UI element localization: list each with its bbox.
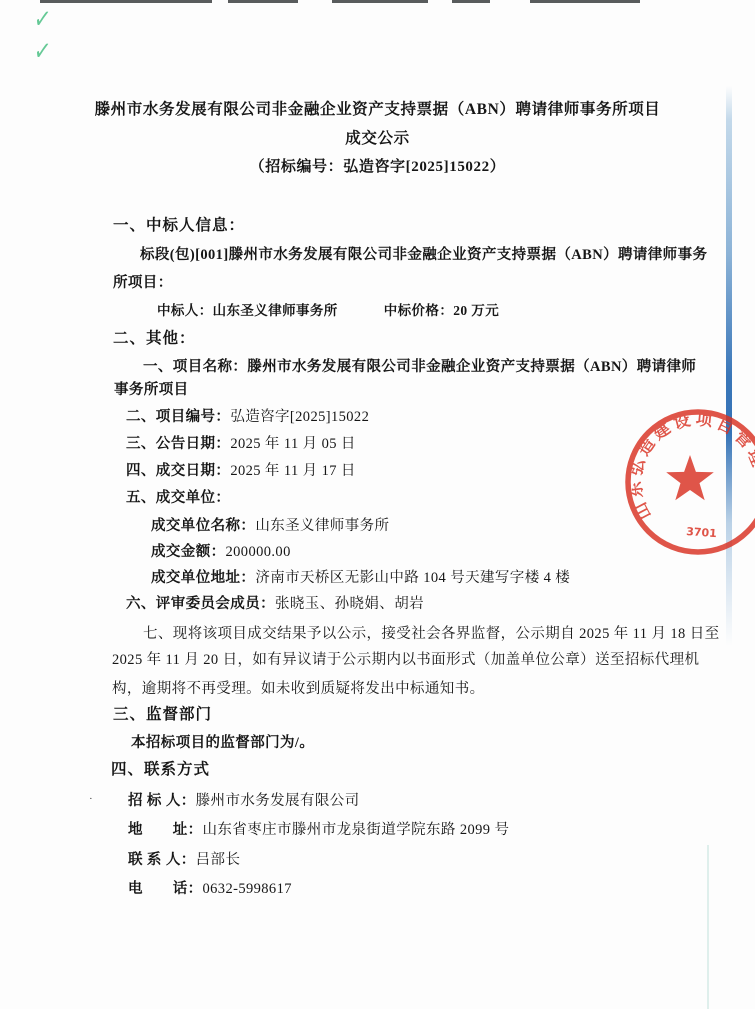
publicity-paragraph-line2: 2025 年 11 月 20 日，如有异议请于公示期内以书面形式（加盖单位公章）… <box>112 650 699 670</box>
project-number-value: 弘造咨字[2025]15022 <box>230 409 369 425</box>
price-value: 20 万元 <box>453 303 499 318</box>
award-amount-value: 200000.00 <box>226 544 291 560</box>
winner-value: 山东圣义律师事务所 <box>213 303 338 318</box>
project-number-line: 二、项目编号：弘造咨字[2025]15022 <box>126 407 369 427</box>
announce-date-line: 三、公告日期：2025 年 11 月 05 日 <box>126 434 356 454</box>
winner-label: 中标人： <box>157 303 213 318</box>
award-unit-heading: 五、成交单位： <box>126 488 230 508</box>
scan-artifact-top <box>332 0 428 3</box>
award-date-label: 四、成交日期： <box>126 463 230 479</box>
contact-address-line: 地 址：山东省枣庄市滕州市龙泉街道学院东路 2099 号 <box>128 820 509 840</box>
document-title-line2: 成交公示 <box>0 129 755 149</box>
supervision-body: 本招标项目的监督部门为/。 <box>131 733 314 753</box>
contact-tenderer-line: 招 标 人：滕州市水务发展有限公司 <box>128 791 360 811</box>
scan-artifact-top <box>530 0 640 3</box>
award-date-value: 2025 年 11 月 17 日 <box>230 463 356 479</box>
scan-speck: · <box>89 793 93 805</box>
award-unit-address-line: 成交单位地址：济南市天桥区无影山中路 104 号天建写字楼 4 楼 <box>151 568 570 588</box>
green-checkmark: ✓ <box>32 35 52 68</box>
scan-artifact-top <box>40 0 212 3</box>
announce-date-value: 2025 年 11 月 05 日 <box>230 436 356 452</box>
project-name-line1: 一、项目名称：滕州市水务发展有限公司非金融企业资产支持票据（ABN）聘请律师 <box>143 357 696 377</box>
project-name-line2: 事务所项目 <box>114 380 189 400</box>
green-checkmark: ✓ <box>32 3 52 36</box>
tender-number-line: （招标编号：弘造咨字[2025]15022） <box>0 157 755 177</box>
document-title-line1: 滕州市水务发展有限公司非金融企业资产支持票据（ABN）聘请律师事务所项目 <box>0 100 755 120</box>
contact-person-line: 联 系 人：吕部长 <box>128 850 240 870</box>
award-unit-name-value: 山东圣义律师事务所 <box>255 518 389 534</box>
committee-value: 张晓玉、孙晓娟、胡岩 <box>275 596 424 612</box>
section2-heading: 二、其他： <box>113 329 196 349</box>
contact-person-label: 联 系 人： <box>128 852 196 868</box>
lot-description-line1: 标段(包)[001]滕州市水务发展有限公司非金融企业资产支持票据（ABN）聘请律… <box>140 245 707 265</box>
publicity-paragraph-line3: 构，逾期将不再受理。如未收到质疑将发出中标通知书。 <box>112 679 485 699</box>
company-seal: 山东弘造建设项目管理 3701 <box>615 395 755 585</box>
scan-artifact-top <box>452 0 490 3</box>
lot-description-line2: 所项目： <box>113 273 173 293</box>
contact-tenderer-label: 招 标 人： <box>128 793 196 809</box>
seal-code: 3701 <box>686 525 717 540</box>
scan-artifact-top <box>228 0 298 3</box>
contact-tenderer-value: 滕州市水务发展有限公司 <box>196 793 360 809</box>
contact-address-value: 山东省枣庄市滕州市龙泉街道学院东路 2099 号 <box>203 822 510 838</box>
section4-heading: 四、联系方式 <box>111 760 210 780</box>
award-unit-address-value: 济南市天桥区无影山中路 104 号天建写字楼 4 楼 <box>255 570 570 586</box>
winner-and-price-line: 中标人：山东圣义律师事务所中标价格：20 万元 <box>157 301 499 321</box>
committee-label: 六、评审委员会成员： <box>126 596 275 612</box>
award-amount-label: 成交金额： <box>151 544 226 560</box>
contact-address-label: 地 址： <box>128 822 203 838</box>
contact-person-value: 吕部长 <box>196 852 241 868</box>
committee-line: 六、评审委员会成员：张晓玉、孙晓娟、胡岩 <box>126 594 424 614</box>
award-unit-name-label: 成交单位名称： <box>151 518 255 534</box>
section3-heading: 三、监督部门 <box>113 705 212 725</box>
section1-heading: 一、中标人信息： <box>113 216 245 236</box>
award-amount-line: 成交金额：200000.00 <box>151 542 291 562</box>
award-date-line: 四、成交日期：2025 年 11 月 17 日 <box>126 461 356 481</box>
announce-date-label: 三、公告日期： <box>126 436 230 452</box>
award-unit-address-label: 成交单位地址： <box>151 570 255 586</box>
contact-phone-line: 电 话：0632-5998617 <box>128 879 292 899</box>
seal-star-icon <box>666 455 714 500</box>
price-label: 中标价格： <box>384 303 454 318</box>
scan-faint-edge <box>707 845 709 1009</box>
publicity-paragraph-line1: 七、现将该项目成交结果予以公示，接受社会各界监督，公示期自 2025 年 11 … <box>143 624 720 644</box>
contact-phone-value: 0632-5998617 <box>203 881 292 897</box>
contact-phone-label: 电 话： <box>128 881 203 897</box>
project-number-label: 二、项目编号： <box>126 409 230 425</box>
award-unit-name-line: 成交单位名称：山东圣义律师事务所 <box>151 516 389 536</box>
